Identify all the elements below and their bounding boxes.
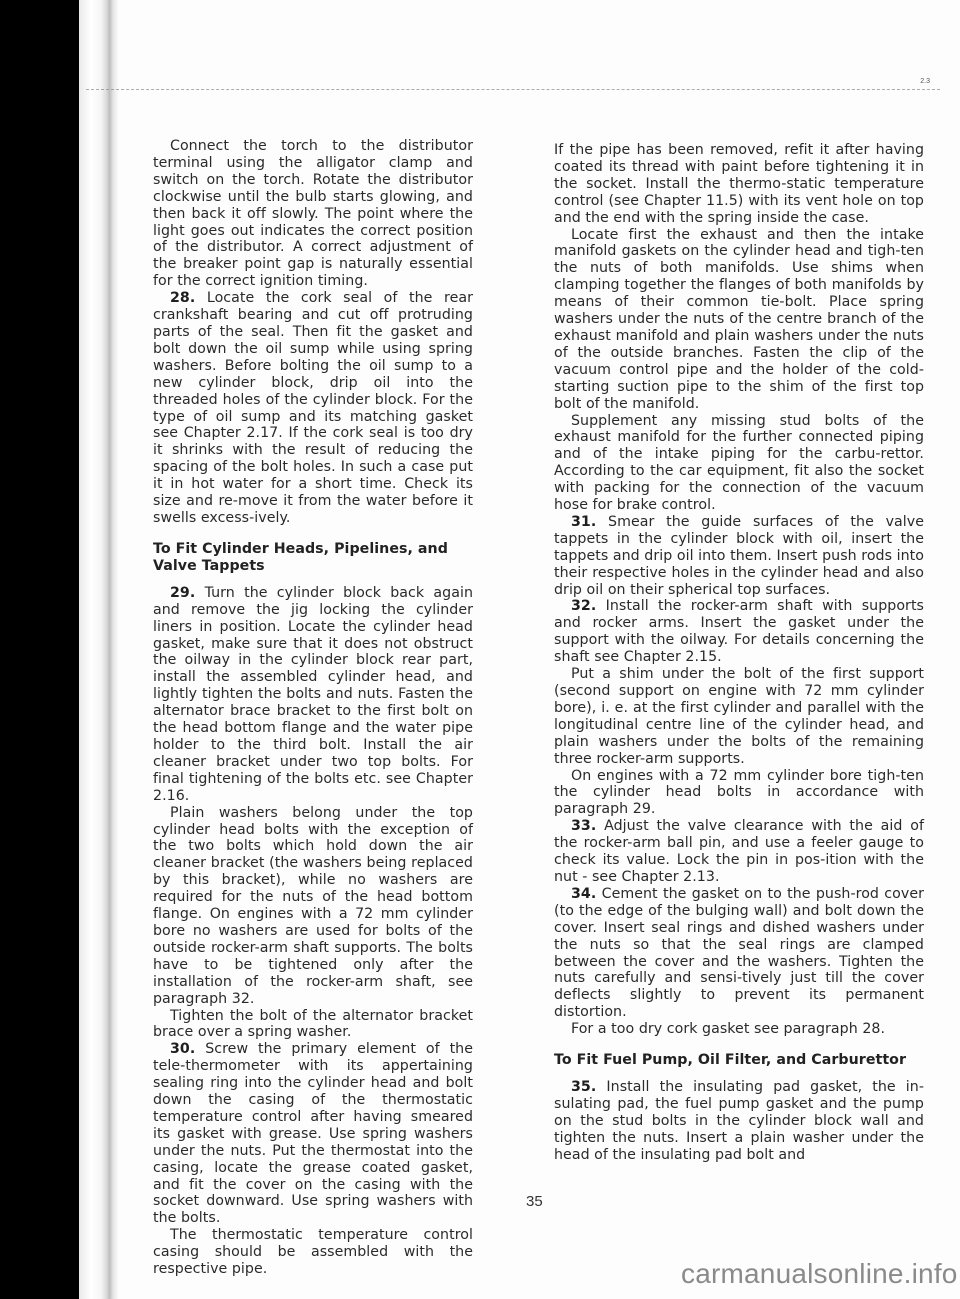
paragraph-number: 29. xyxy=(170,585,195,601)
paragraph: Locate first the exhaust and then the in… xyxy=(554,227,924,413)
paragraph-text: Locate the cork seal of the rear cranksh… xyxy=(153,290,473,526)
section-heading: To Fit Cylinder Heads, Pipelines, and Va… xyxy=(153,541,473,575)
section-heading: To Fit Fuel Pump, Oil Filter, and Carbur… xyxy=(554,1052,924,1069)
paragraph-text: If the pipe has been removed, refit it a… xyxy=(554,142,924,226)
paragraph-text: Locate first the exhaust and then the in… xyxy=(554,227,924,412)
watermark-link[interactable]: carmanualsonline.info xyxy=(681,1258,958,1290)
paragraph: 35. Install the insulating pad gasket, t… xyxy=(554,1079,924,1164)
paragraph: Connect the torch to the distributor ter… xyxy=(153,138,473,290)
paragraph: On engines with a 72 mm cylinder bore ti… xyxy=(554,768,924,819)
right-column: If the pipe has been removed, refit it a… xyxy=(554,142,924,1164)
header-rule xyxy=(86,89,940,90)
left-column: Connect the torch to the distributor ter… xyxy=(153,138,473,1278)
paragraph-text: Turn the cylinder block back again and r… xyxy=(153,585,473,804)
page-number: 35 xyxy=(526,1193,543,1210)
paragraph-text: Tighten the bolt of the alternator brack… xyxy=(153,1008,473,1041)
paragraph-number: 35. xyxy=(571,1079,596,1095)
paragraph-number: 30. xyxy=(170,1041,195,1057)
paragraph: 30. Screw the primary element of the tel… xyxy=(153,1041,473,1227)
paragraph-number: 34. xyxy=(571,886,596,902)
paragraph-text: For a too dry cork gasket see paragraph … xyxy=(571,1021,885,1037)
paragraph: Tighten the bolt of the alternator brack… xyxy=(153,1008,473,1042)
paragraph-text: Screw the primary element of the tele-th… xyxy=(153,1041,473,1226)
paragraph-text: Smear the guide surfaces of the valve ta… xyxy=(554,514,924,598)
paragraph-text: Put a shim under the bolt of the first s… xyxy=(554,666,924,767)
paragraph-number: 32. xyxy=(571,598,596,614)
paragraph: Supplement any missing stud bolts of the… xyxy=(554,413,924,514)
paragraph-text: The thermostatic temperature control cas… xyxy=(153,1227,473,1277)
paragraph-number: 33. xyxy=(571,818,596,834)
paragraph-text: Connect the torch to the distributor ter… xyxy=(153,138,473,289)
paragraph: Put a shim under the bolt of the first s… xyxy=(554,666,924,767)
paragraph: 33. Adjust the valve clearance with the … xyxy=(554,818,924,886)
paragraph: 29. Turn the cylinder block back again a… xyxy=(153,585,473,805)
paragraph-number: 31. xyxy=(571,514,596,530)
paragraph: If the pipe has been removed, refit it a… xyxy=(554,142,924,227)
paragraph: For a too dry cork gasket see paragraph … xyxy=(554,1021,924,1038)
paragraph-text: On engines with a 72 mm cylinder bore ti… xyxy=(554,768,924,818)
paragraph-text: Cement the gasket on to the push-rod cov… xyxy=(554,886,924,1020)
section-number: 2.3 xyxy=(920,78,930,85)
paragraph-text: Supplement any missing stud bolts of the… xyxy=(554,413,924,514)
paragraph-number: 28. xyxy=(170,290,195,306)
paragraph-text: Adjust the valve clearance with the aid … xyxy=(554,818,924,885)
paragraph-text: Install the rocker-arm shaft with suppor… xyxy=(554,598,924,665)
paragraph: 34. Cement the gasket on to the push-rod… xyxy=(554,886,924,1021)
paragraph-text: Install the insulating pad gasket, the i… xyxy=(554,1079,924,1163)
paragraph: 32. Install the rocker-arm shaft with su… xyxy=(554,598,924,666)
paragraph: The thermostatic temperature control cas… xyxy=(153,1227,473,1278)
paragraph: 28. Locate the cork seal of the rear cra… xyxy=(153,290,473,527)
page-binding-shadow xyxy=(79,0,119,1299)
paragraph: 31. Smear the guide surfaces of the valv… xyxy=(554,514,924,599)
paragraph: Plain washers belong under the top cylin… xyxy=(153,805,473,1008)
paragraph-text: Plain washers belong under the top cylin… xyxy=(153,805,473,1007)
